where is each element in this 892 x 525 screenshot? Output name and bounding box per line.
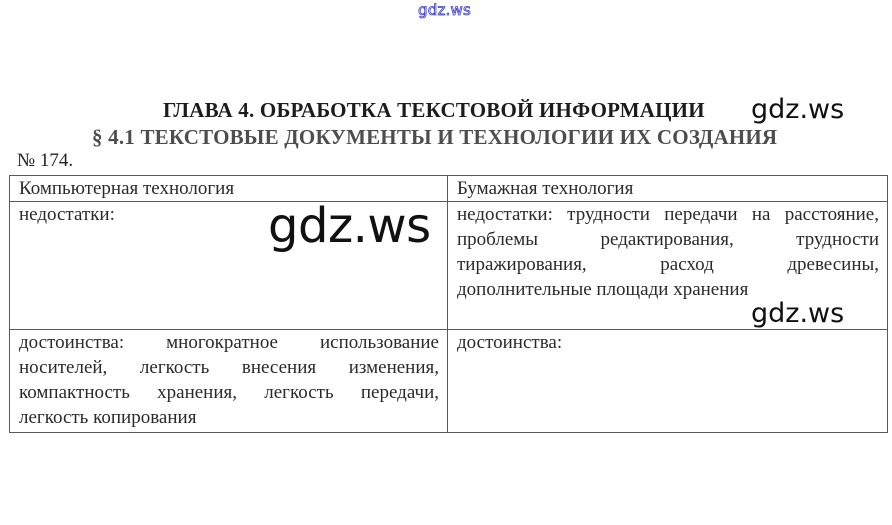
site-logo-text[interactable]: gdz.ws <box>418 1 471 19</box>
cell-paper-advantages: достоинства: <box>448 330 888 433</box>
table-row: достоинства: многократное использование … <box>10 330 888 433</box>
watermark-center: gdz.ws <box>268 198 431 254</box>
task-number: № 174. <box>17 150 73 172</box>
table-header-row: Компьютерная технология Бумажная техноло… <box>10 176 888 202</box>
watermark-right: gdz.ws <box>751 298 844 329</box>
chapter-title: ГЛАВА 4. ОБРАБОТКА ТЕКСТОВОЙ ИНФОРМАЦИИ <box>163 98 705 123</box>
watermark-top: gdz.ws <box>751 94 844 125</box>
header-paper-technology: Бумажная технология <box>448 176 888 202</box>
section-title: § 4.1 ТЕКСТОВЫЕ ДОКУМЕНТЫ И ТЕХНОЛОГИИ И… <box>92 125 777 150</box>
cell-computer-advantages: достоинства: многократное использование … <box>10 330 448 433</box>
